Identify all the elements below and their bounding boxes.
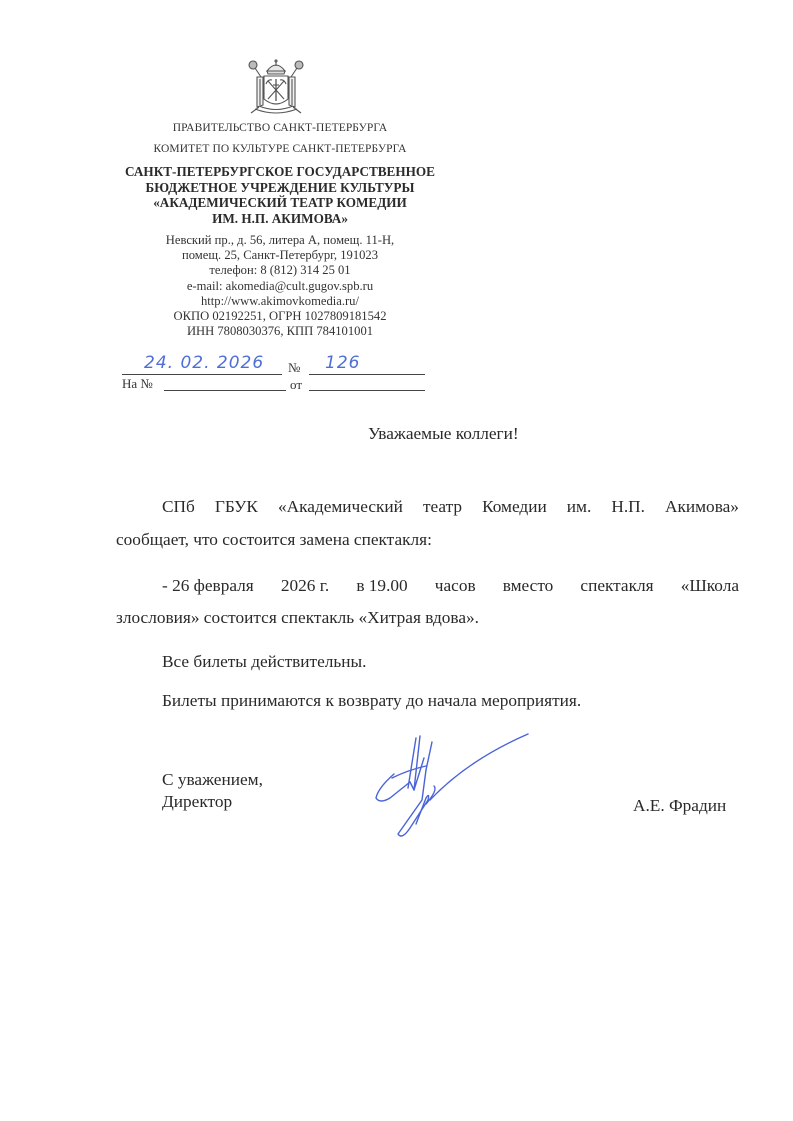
- inn-kpp: ИНН 7808030376, КПП 784101001: [110, 324, 450, 339]
- word: ГБУК: [215, 497, 258, 517]
- word: Акимова»: [665, 497, 739, 517]
- government-name: ПРАВИТЕЛЬСТВО САНКТ-ПЕТЕРБУРГА: [110, 122, 450, 134]
- org-line: ИМ. Н.П. АКИМОВА»: [110, 211, 450, 227]
- address-line: помещ. 25, Санкт-Петербург, 191023: [110, 248, 450, 263]
- address-line: Невский пр., д. 56, литера А, помещ. 11-…: [110, 233, 450, 248]
- ref-from-underline: [309, 390, 425, 391]
- word: спектакля: [580, 576, 653, 596]
- paragraph-4: Билеты принимаются к возврату до начала …: [162, 691, 581, 711]
- word: в 19.00: [356, 576, 407, 596]
- word: им.: [567, 497, 592, 517]
- okpo-ogrn: ОКПО 02192251, ОГРН 1027809181542: [110, 309, 450, 324]
- closing: С уважением,: [162, 770, 263, 790]
- organization-name: САНКТ-ПЕТЕРБУРГСКОЕ ГОСУДАРСТВЕННОЕ БЮДЖ…: [110, 164, 450, 226]
- word: Комедии: [482, 497, 547, 517]
- word: часов: [435, 576, 476, 596]
- paragraph-1-line-2: сообщает, что состоится замена спектакля…: [116, 530, 432, 550]
- ref-from-label: от: [290, 377, 302, 393]
- word: вместо: [503, 576, 554, 596]
- word: театр: [423, 497, 462, 517]
- paragraph-1-line-1: СПб ГБУК «Академический театр Комедии им…: [162, 497, 739, 517]
- number-underline: [309, 374, 425, 375]
- signatory-name: А.Е. Фрадин: [633, 796, 726, 816]
- word: «Школа: [681, 576, 739, 596]
- handwritten-number: 126: [325, 353, 360, 373]
- salutation: Уважаемые коллеги!: [368, 424, 519, 444]
- email-link[interactable]: e-mail: akomedia@cult.gugov.spb.ru: [110, 279, 450, 294]
- org-line: БЮДЖЕТНОЕ УЧРЕЖДЕНИЕ КУЛЬТУРЫ: [110, 180, 450, 196]
- coat-of-arms-icon: [245, 57, 307, 119]
- ref-number-underline: [164, 390, 286, 391]
- date-underline: [122, 374, 282, 375]
- paragraph-2-line-1: - 26 февраля 2026 г. в 19.00 часов вмест…: [162, 576, 739, 596]
- number-label: №: [288, 360, 300, 376]
- word: 2026 г.: [281, 576, 329, 596]
- phone: телефон: 8 (812) 314 25 01: [110, 263, 450, 278]
- ref-number-label: На №: [122, 376, 153, 392]
- handwritten-date: 24. 02. 2026: [144, 353, 264, 373]
- word: «Академический: [278, 497, 403, 517]
- paragraph-3: Все билеты действительны.: [162, 652, 366, 672]
- signatory-title: Директор: [162, 792, 232, 812]
- website-link[interactable]: http://www.akimovkomedia.ru/: [110, 294, 450, 309]
- paragraph-2-line-2: злословия» состоится спектакль «Хитрая в…: [116, 608, 479, 628]
- committee-name: КОМИТЕТ ПО КУЛЬТУРЕ САНКТ-ПЕТЕРБУРГА: [110, 143, 450, 155]
- word: Н.П.: [611, 497, 645, 517]
- org-line: САНКТ-ПЕТЕРБУРГСКОЕ ГОСУДАРСТВЕННОЕ: [110, 164, 450, 180]
- org-line: «АКАДЕМИЧЕСКИЙ ТЕАТР КОМЕДИИ: [110, 195, 450, 211]
- word: СПб: [162, 497, 195, 517]
- signature-scribble-icon: [368, 730, 538, 842]
- word: - 26 февраля: [162, 576, 254, 596]
- address-block: Невский пр., д. 56, литера А, помещ. 11-…: [110, 233, 450, 339]
